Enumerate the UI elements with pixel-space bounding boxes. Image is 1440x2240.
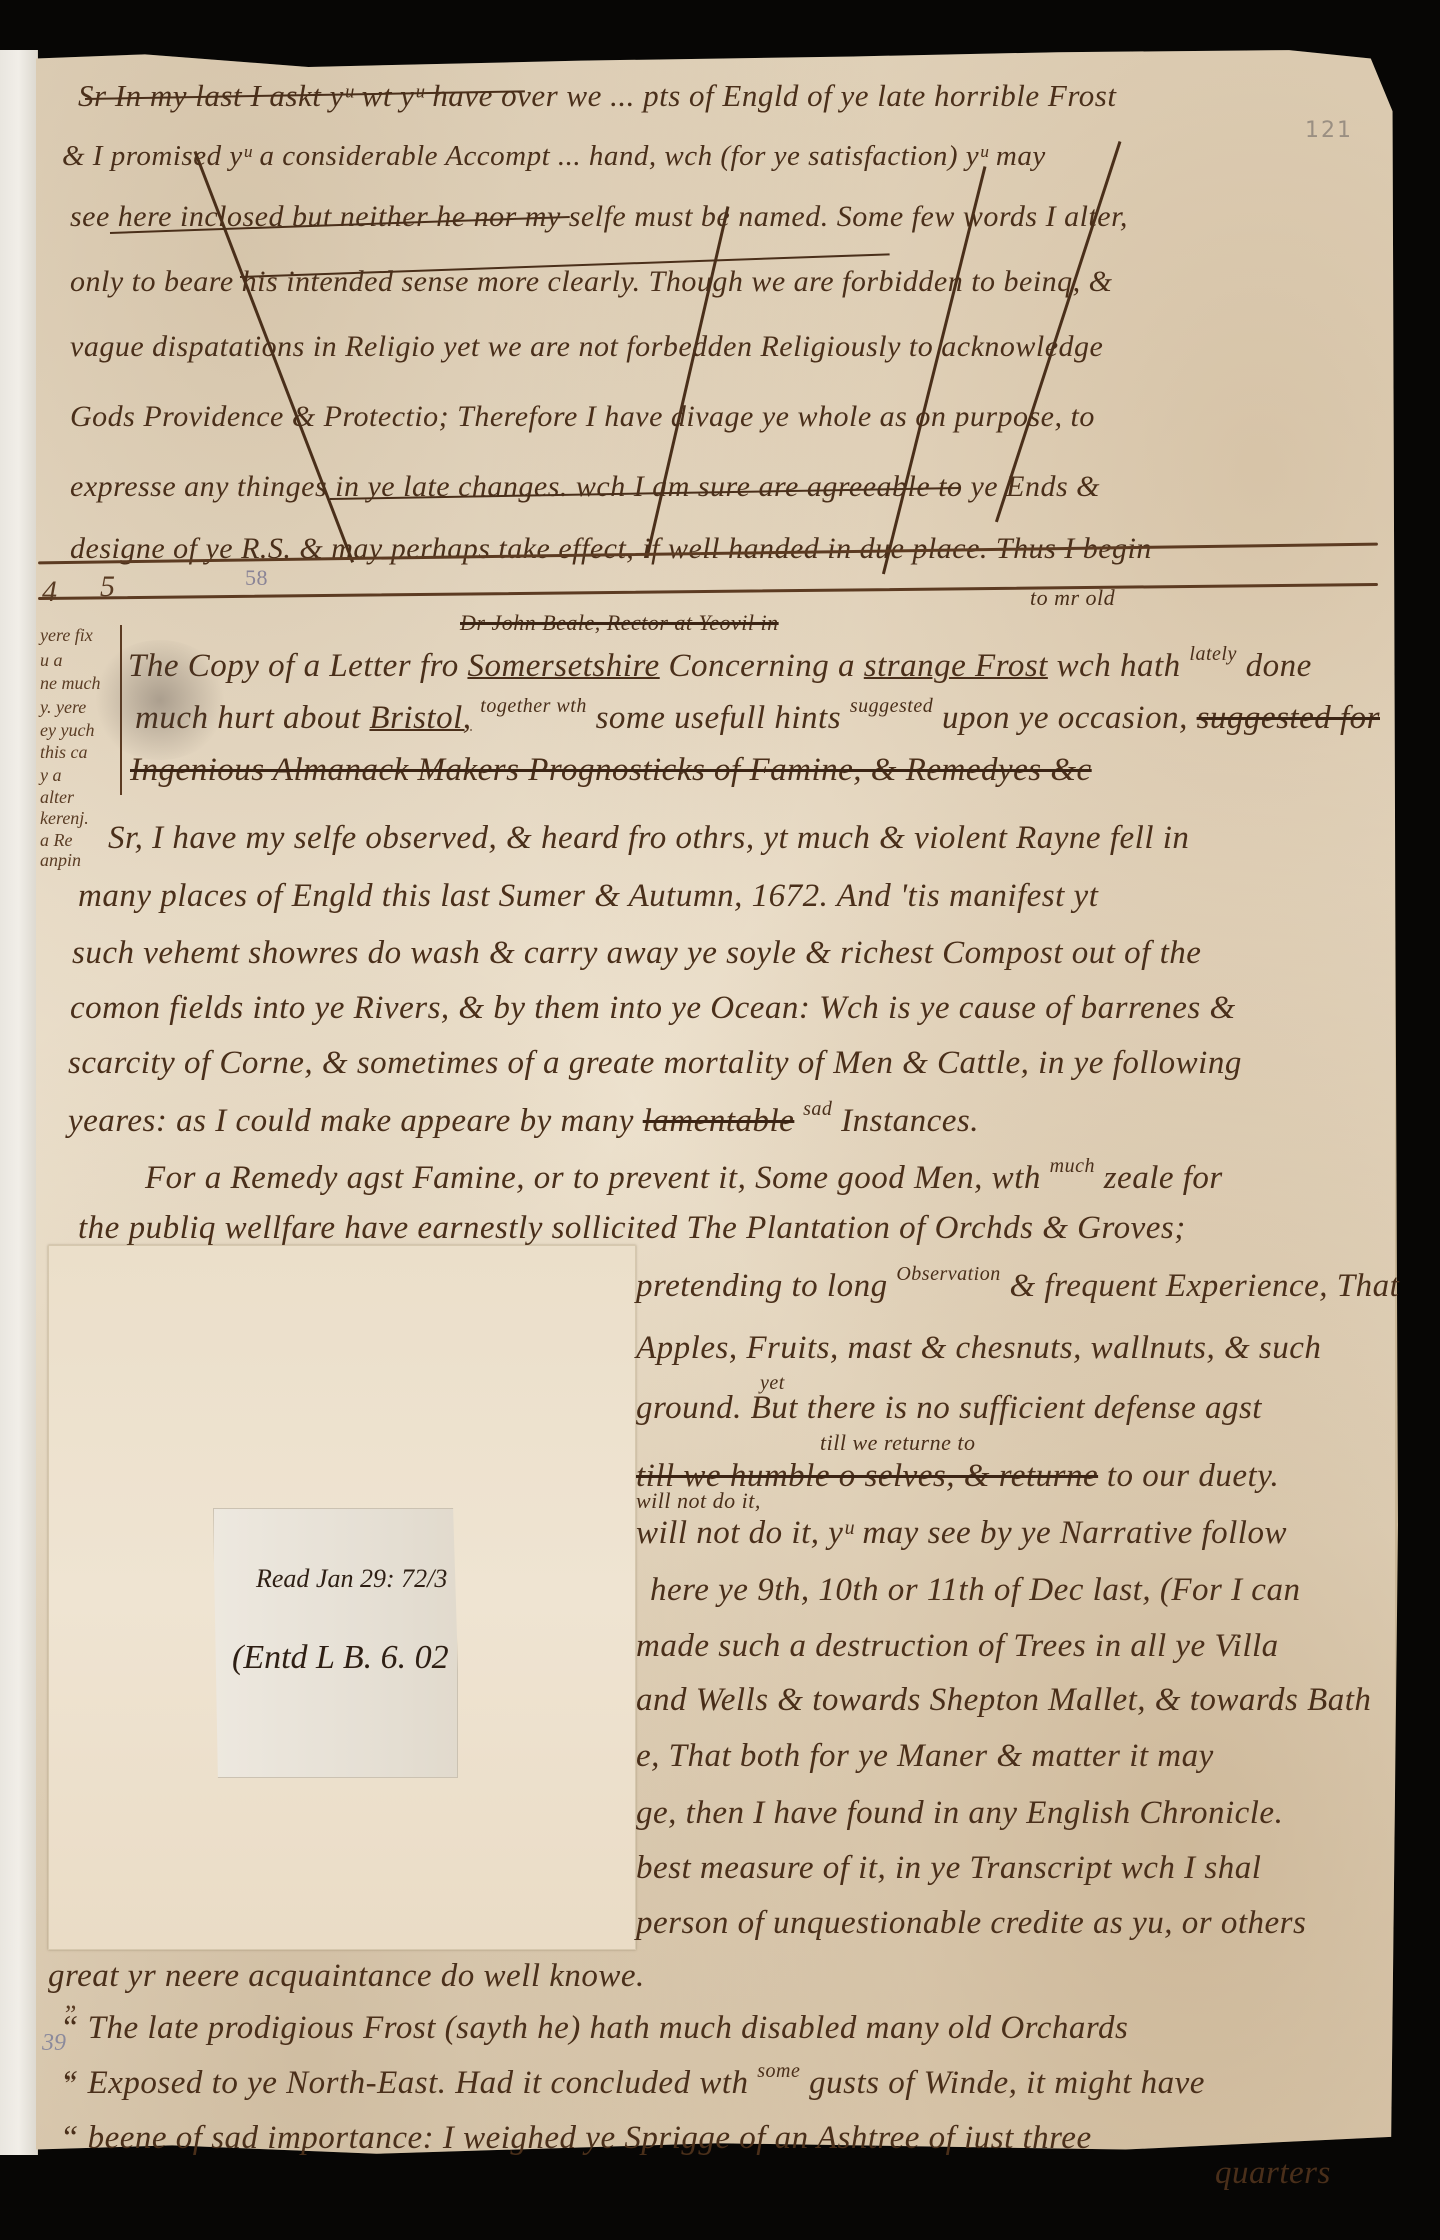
heading-line-2: much hurt about Bristol, together wth so… — [135, 700, 1380, 737]
preface-line-5: vague dispatations in Religio yet we are… — [70, 330, 1103, 364]
body-line-7: For a Remedy agst Famine, or to prevent … — [145, 1160, 1223, 1197]
closing-line-1: great yr neere acquaintance do well know… — [48, 1958, 645, 1995]
right-line-5-insert: will not do it, — [636, 1488, 761, 1514]
right-line-4-insert: till we returne to — [820, 1430, 975, 1456]
preface-line-2: & I promised yᵘ a considerable Accompt .… — [62, 140, 1046, 173]
body-line-8: the publiq wellfare have earnestly solli… — [78, 1210, 1186, 1247]
page-number: 121 — [1305, 118, 1353, 143]
right-line-1: pretending to long Observation & frequen… — [636, 1268, 1399, 1305]
body-line-2: many places of Engld this last Sumer & A… — [78, 878, 1098, 915]
right-column-text: pretending to long Observation & frequen… — [0, 0, 1440, 23]
closing-line-4: “ beene of sad importance: I weighed ye … — [60, 2120, 1092, 2157]
place-bristol: Bristol, — [369, 700, 471, 736]
right-line-11: best measure of it, in ye Transcript wch… — [636, 1850, 1261, 1887]
entry-reference: (Entd L B. 6. 02 — [232, 1639, 449, 1677]
body-line-6: yeares: as I could make appeare by many … — [68, 1103, 979, 1140]
binding-guard-strip — [0, 50, 38, 2155]
folio-pencil-mark: 58 — [245, 565, 268, 591]
body-line-1: Sr, I have my selfe observed, & heard fr… — [108, 820, 1189, 857]
ink-smudge — [90, 640, 230, 760]
right-line-5: will not do it, yᵘ may see by ye Narrati… — [636, 1515, 1287, 1552]
right-line-3: ground. But there is no sufficient defen… — [636, 1390, 1262, 1427]
catchword: quarters — [1215, 2155, 1331, 2192]
body-line-5: scarcity of Corne, & sometimes of a grea… — [68, 1045, 1242, 1082]
right-line-2: Apples, Fruits, mast & chesnuts, wallnut… — [636, 1330, 1321, 1367]
place-somersetshire: Somersetshire — [467, 648, 659, 684]
cancelled-addressee: Dr John Beale, Rector at Yeovil in — [460, 610, 779, 636]
closing-line-3: “ Exposed to ye North-East. Had it concl… — [60, 2065, 1205, 2102]
read-date: Read Jan 29: 72/3 — [256, 1564, 447, 1594]
closing-line-2: “ The late prodigious Frost (sayth he) h… — [60, 2010, 1128, 2047]
right-line-6: here ye 9th, 10th or 11th of Dec last, (… — [650, 1572, 1300, 1609]
preface-line-6: Gods Providence & Protectio; Therefore I… — [70, 400, 1095, 434]
body-line-3: such vehemt showres do wash & carry away… — [72, 935, 1201, 972]
right-line-8: and Wells & towards Shepton Mallet, & to… — [636, 1682, 1371, 1719]
right-line-7: made such a destruction of Trees in all … — [636, 1628, 1279, 1665]
right-line-12: person of unquestionable credite as yu, … — [636, 1905, 1306, 1942]
heading-line-3-cancelled: Ingenious Almanack Makers Prognosticks o… — [130, 752, 1092, 789]
archival-slip: Read Jan 29: 72/3 (Entd L B. 6. 02 — [213, 1508, 458, 1778]
heading-line-1: The Copy of a Letter fro Somersetshire C… — [128, 648, 1312, 685]
body-line-4: comon fields into ye Rivers, & by them i… — [70, 990, 1236, 1027]
subject-strange-frost: strange Frost — [864, 648, 1048, 684]
right-line-9: e, That both for ye Maner & matter it ma… — [636, 1738, 1214, 1775]
right-line-10: ge, then I have found in any English Chr… — [636, 1795, 1283, 1832]
